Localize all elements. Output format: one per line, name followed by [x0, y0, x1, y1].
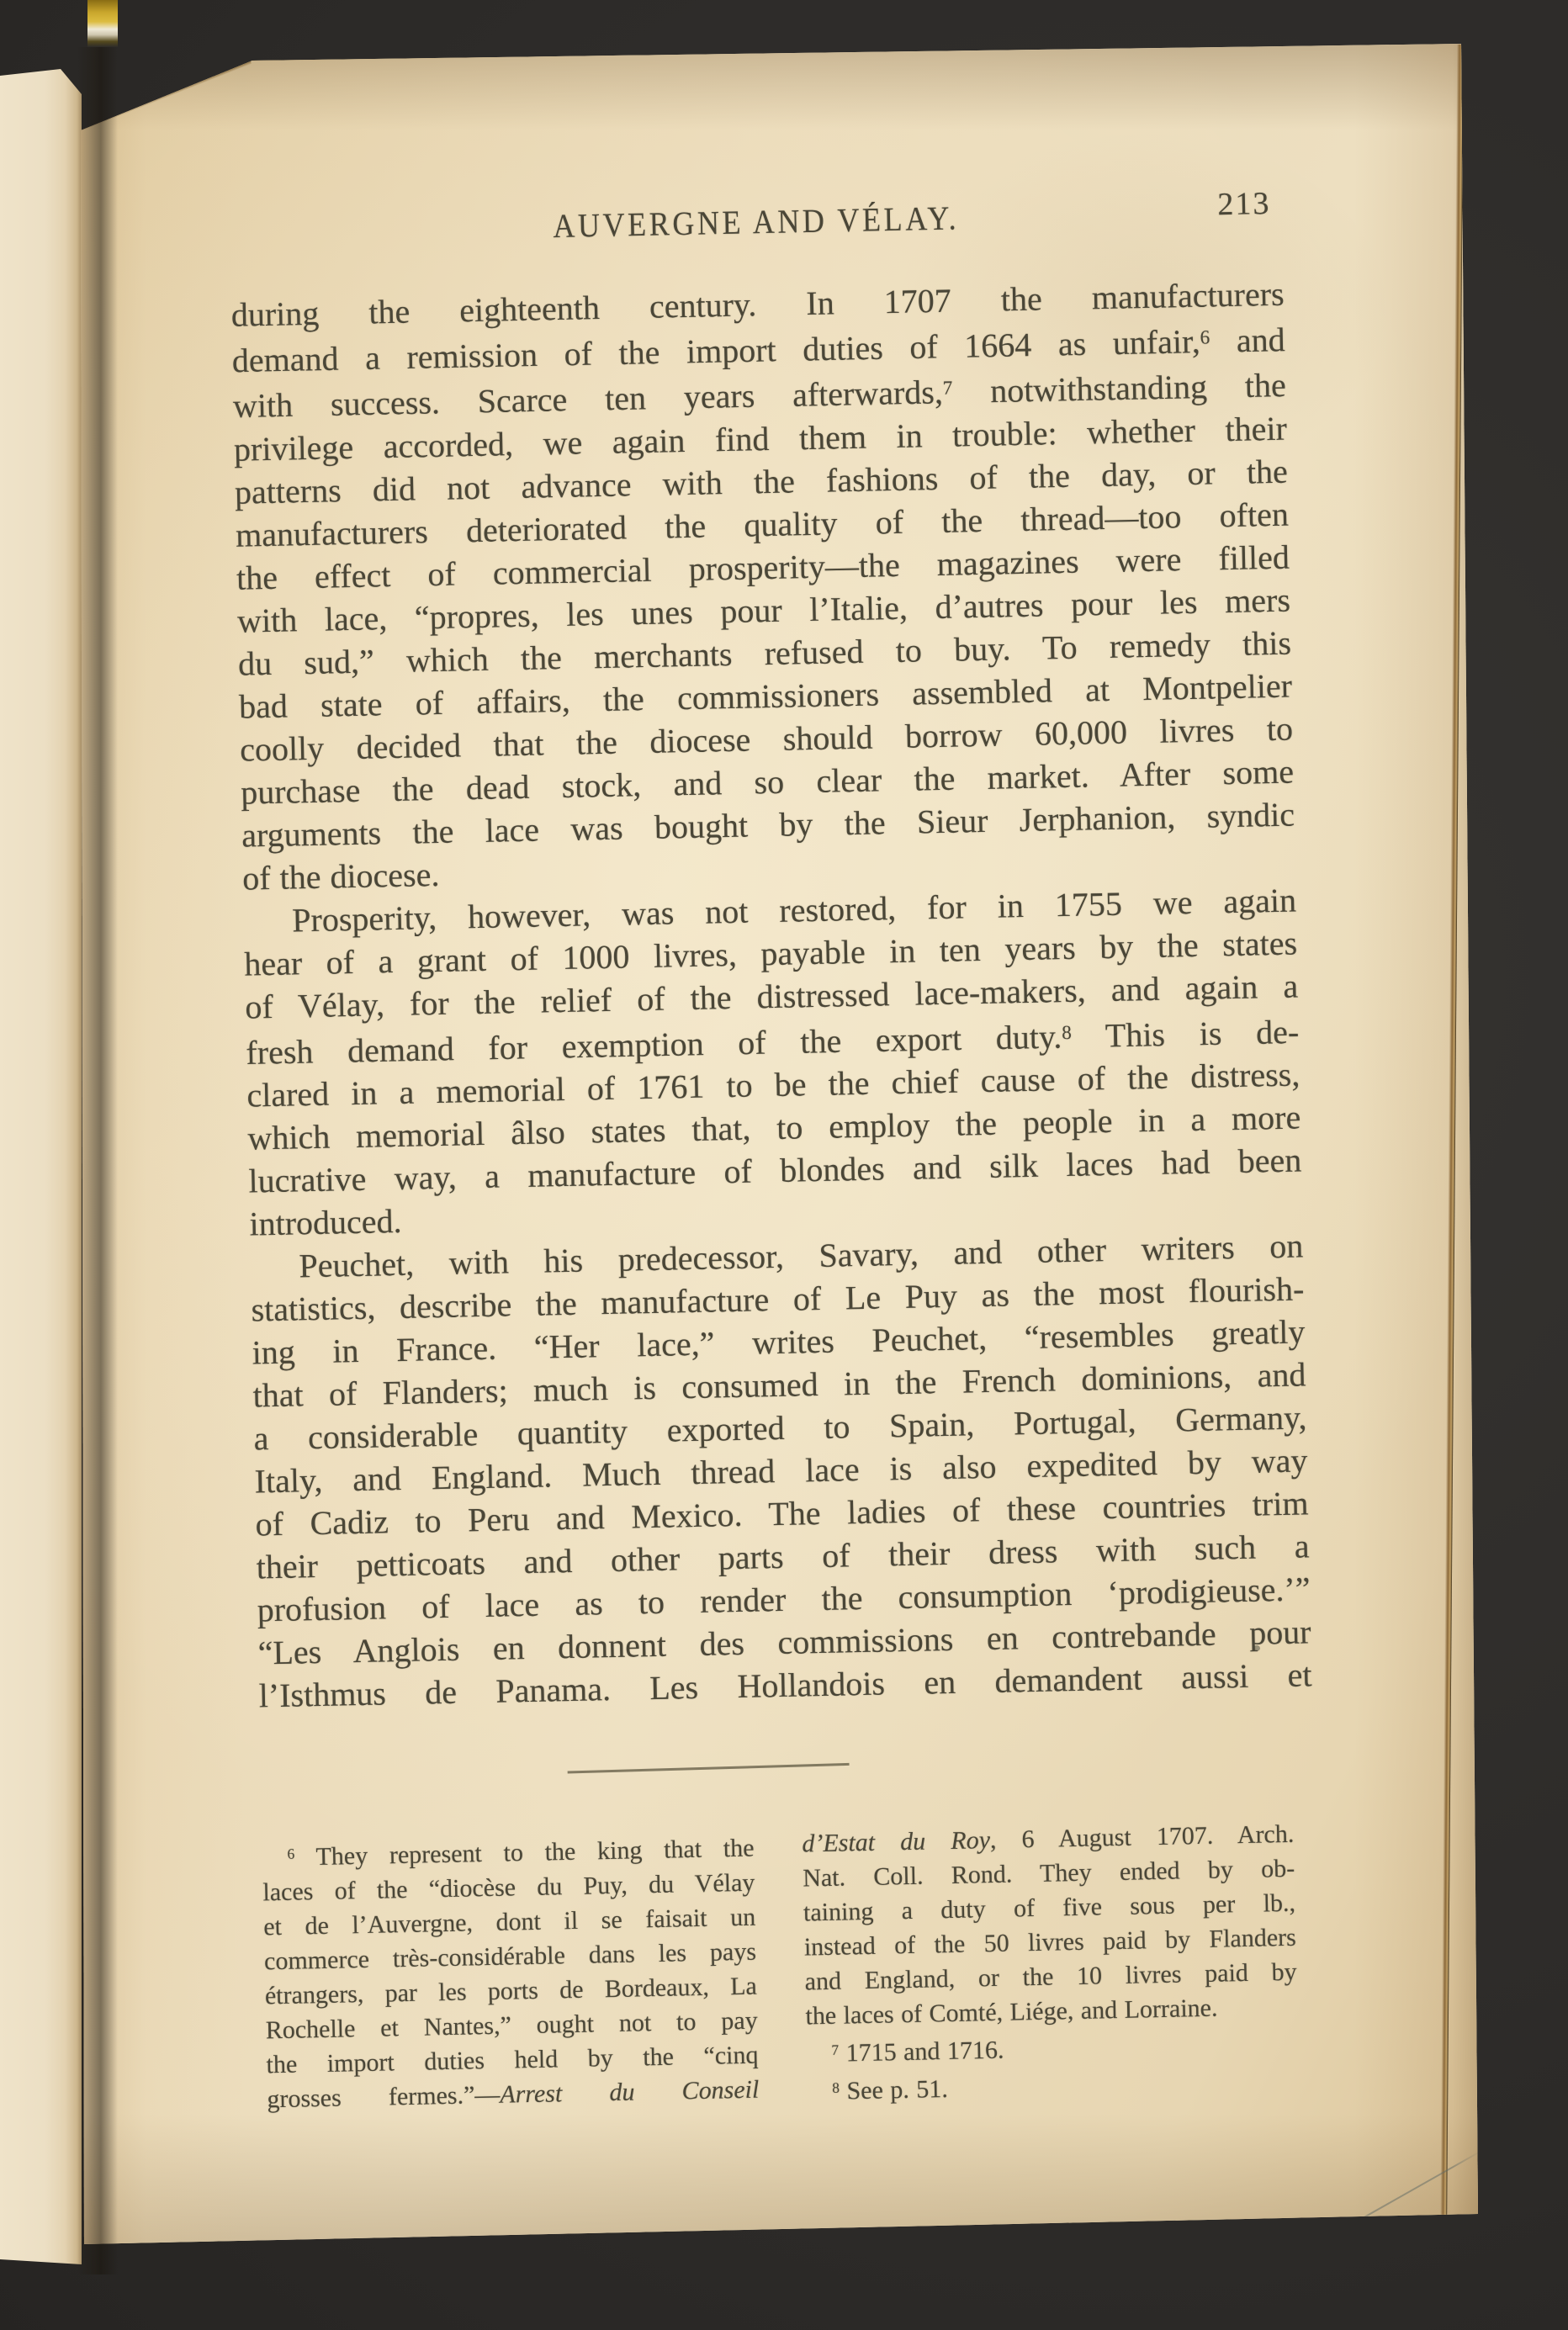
- page-number: 213: [1217, 185, 1271, 223]
- footnotes: 6 They represent to the king that thelac…: [262, 1817, 1320, 2121]
- page-content: AUVERGNE AND VÉLAY. 213 during the eight…: [229, 192, 1320, 2121]
- previous-page-edge: [0, 67, 82, 2268]
- bookmark-ribbon: [87, 0, 118, 47]
- book-page: AUVERGNE AND VÉLAY. 213 during the eight…: [76, 42, 1481, 2246]
- footnote-separator-rule: [568, 1763, 850, 1774]
- paragraph: Peuchet, with his predecessor, Savary, a…: [250, 1225, 1312, 1718]
- footnote-column-right: d’Estat du Roy, 6 August 1707. Arch.Nat.…: [802, 1817, 1300, 2109]
- running-header-row: AUVERGNE AND VÉLAY. 213: [229, 192, 1283, 257]
- paragraph: Prosperity, however, was not restored, f…: [243, 878, 1303, 1245]
- page-right-edge: [1440, 45, 1464, 2215]
- body-text: during the eighteenth century. In 1707 t…: [230, 273, 1312, 1718]
- paragraph: during the eighteenth century. In 1707 t…: [230, 273, 1295, 900]
- book-scan: AUVERGNE AND VÉLAY. 213 during the eight…: [0, 0, 1568, 2330]
- running-header: AUVERGNE AND VÉLAY.: [553, 198, 960, 246]
- footnote-column-left: 6 They represent to the king that thelac…: [262, 1828, 760, 2120]
